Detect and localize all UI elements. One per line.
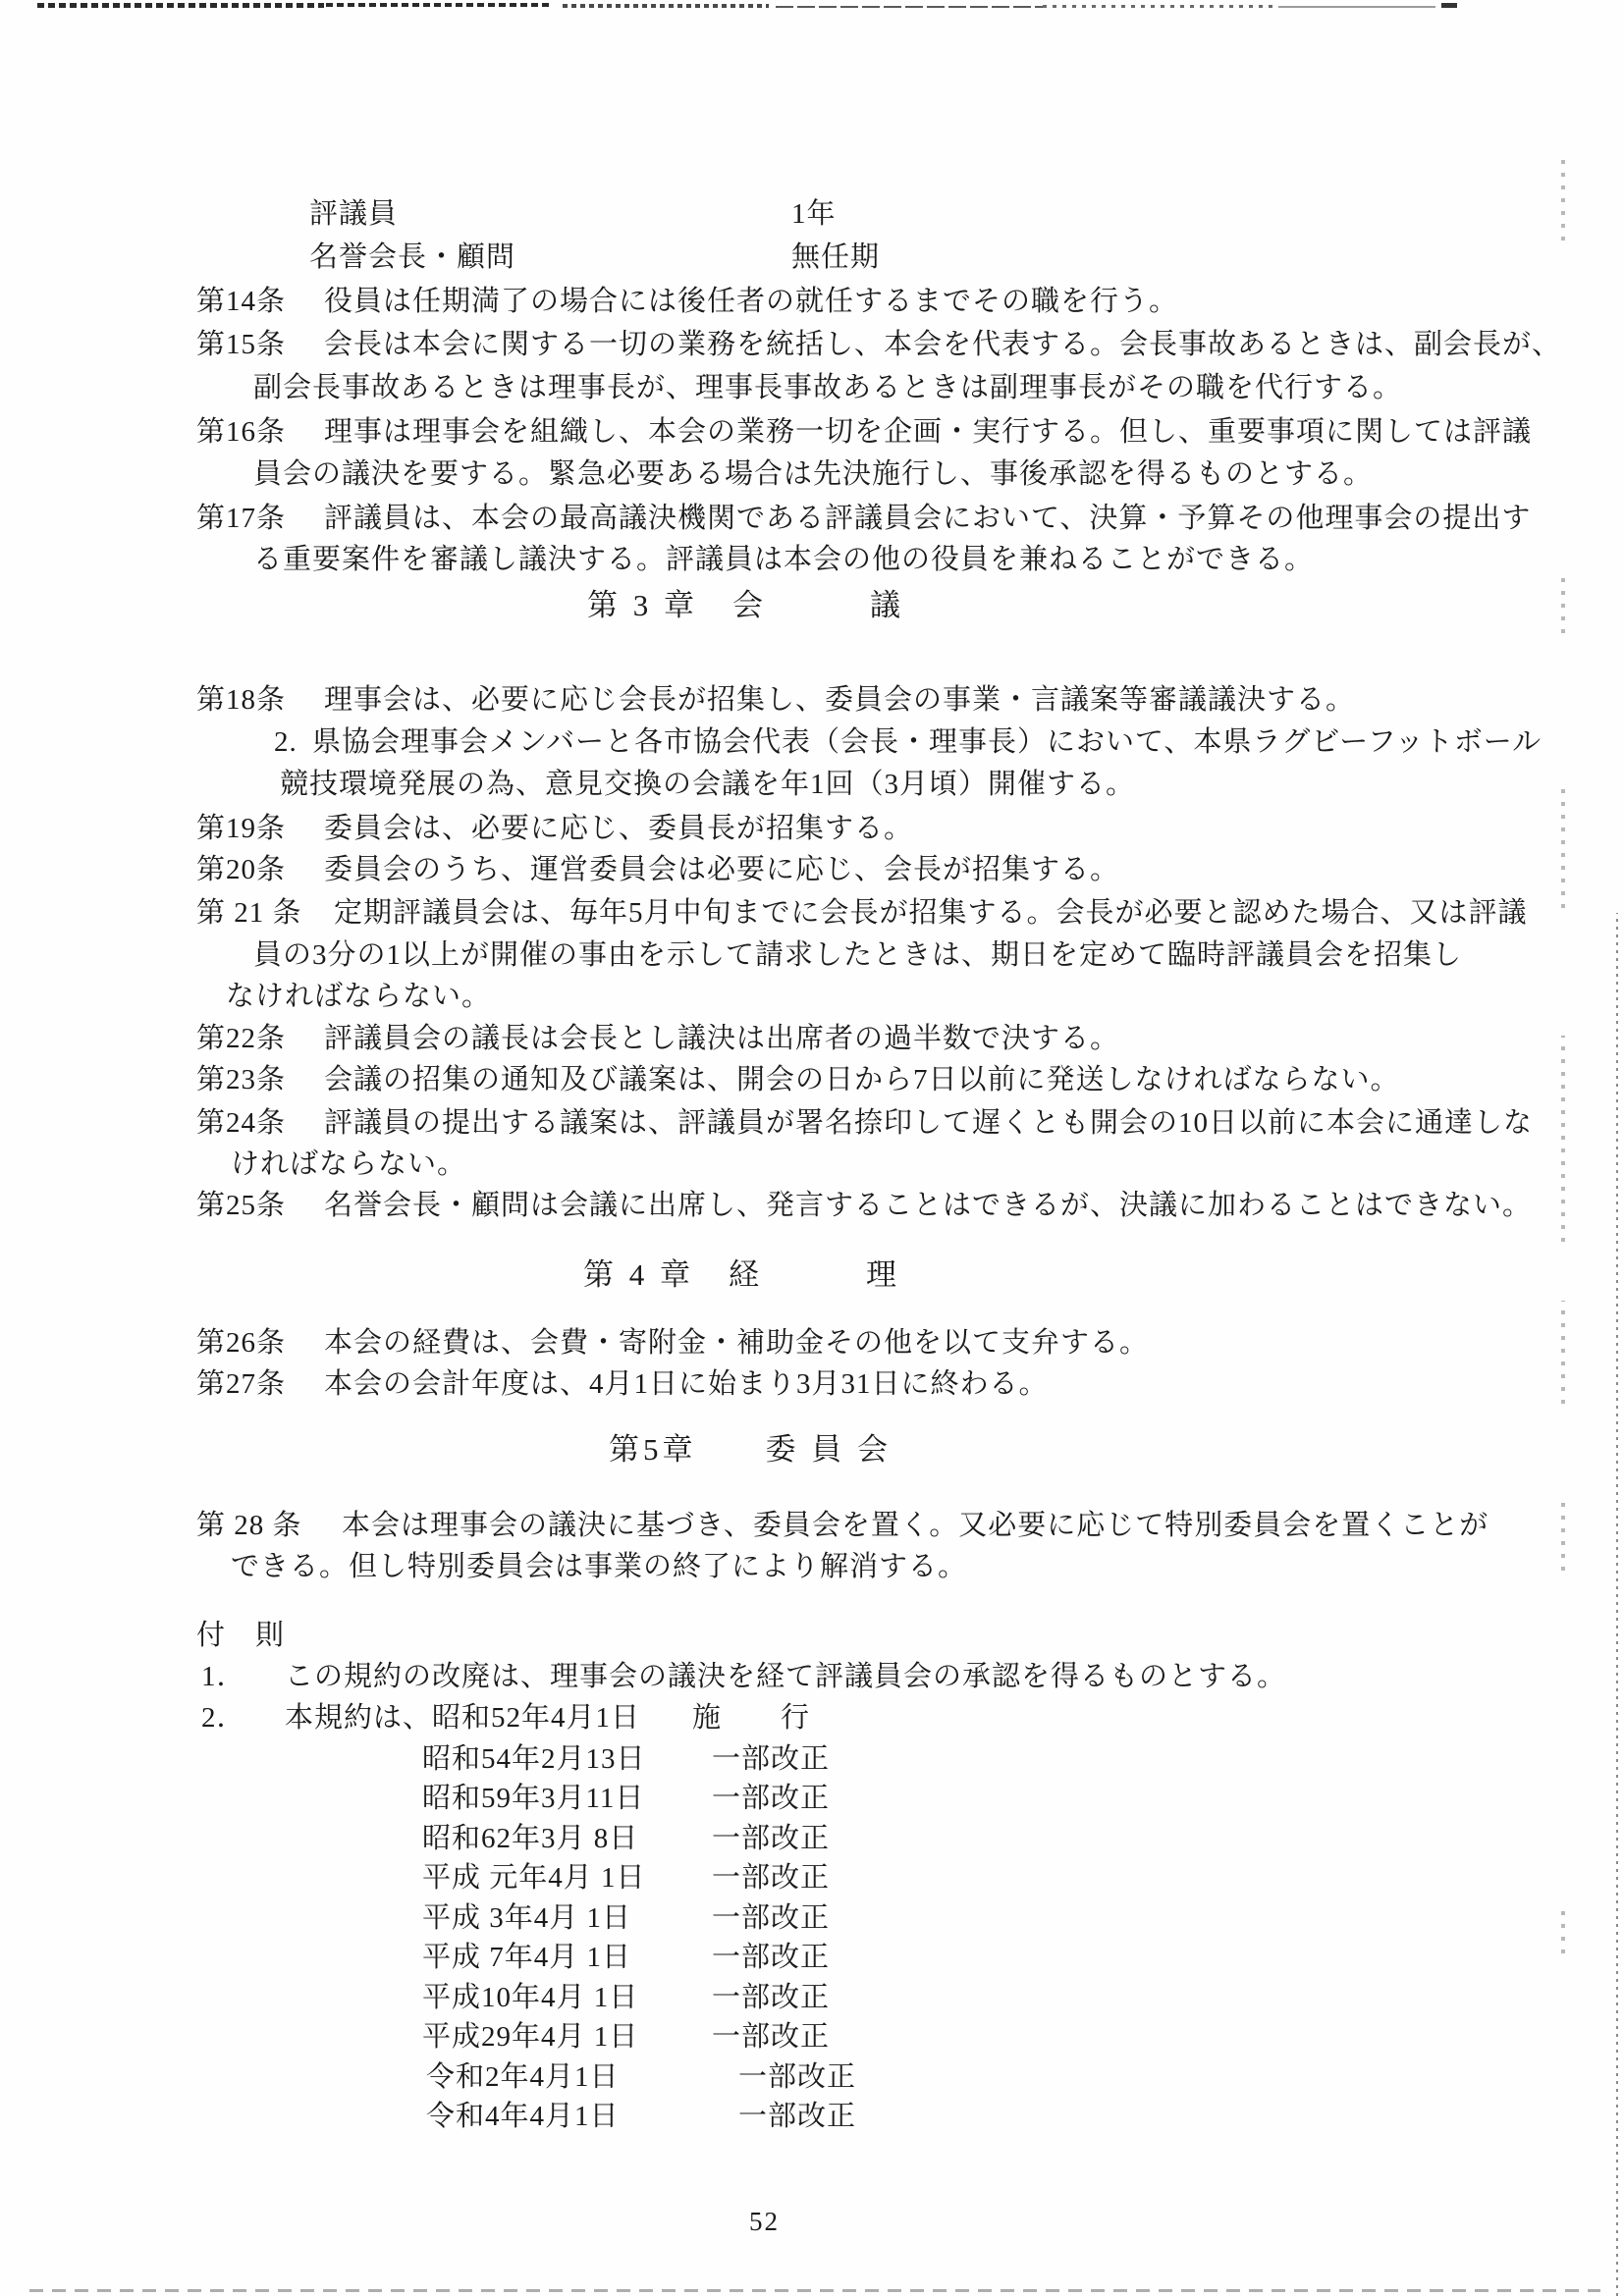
chapter-heading: 第 4 章 経 理 xyxy=(583,1256,900,1294)
scan-artifact-right xyxy=(1561,780,1565,908)
scan-artifact-top xyxy=(563,4,769,8)
revision-date: 平成10年4月 1日 xyxy=(422,1980,638,2015)
article-number: 第19条 xyxy=(196,811,286,846)
chapter-heading: 第5章 委 員 会 xyxy=(609,1431,892,1468)
article-text: 競技環境発展の為、意見交換の会議を年1回（3月頃）開催する。 xyxy=(280,767,1135,802)
revision-action: 一部改正 xyxy=(738,2099,856,2134)
scan-artifact-right xyxy=(1616,913,1618,2296)
scan-artifact-top xyxy=(1278,6,1435,8)
scan-artifact-right xyxy=(1561,1301,1565,1404)
chapter-heading: 第 3 章 会 議 xyxy=(587,587,904,624)
scan-artifact-top xyxy=(1441,3,1457,8)
term-label: 評議員 xyxy=(309,196,398,232)
document-page: 評議員 1年 名誉会長・顧問 無任期 第14条 役員は任期満了の場合には後任者の… xyxy=(0,0,1624,2296)
supplement-item-number: 1． xyxy=(201,1659,246,1694)
article-number: 第27条 xyxy=(196,1366,286,1402)
article-number: 第23条 xyxy=(196,1062,286,1097)
term-label: 名誉会長・顧問 xyxy=(309,240,515,275)
article-number: 第 21 条 xyxy=(196,895,302,931)
revision-action: 一部改正 xyxy=(738,2059,856,2095)
article-text: 本会の会計年度は、4月1日に始まり3月31日に終わる。 xyxy=(324,1366,1049,1402)
article-number: 第25条 xyxy=(196,1188,286,1223)
article-number: 第16条 xyxy=(196,414,286,450)
revision-action: 一部改正 xyxy=(712,1821,830,1856)
scan-artifact-right xyxy=(1561,1497,1565,1571)
article-text: 副会長事故あるときは理事長が、理事長事故あるときは副理事長がその職を代行する。 xyxy=(253,370,1402,405)
revision-action: 一部改正 xyxy=(712,1900,830,1936)
supplement-title: 付 則 xyxy=(196,1618,285,1653)
revision-action: 一部改正 xyxy=(712,1781,830,1816)
supplement-item-number: 2． xyxy=(201,1700,246,1735)
revision-date: 昭和59年3月11日 xyxy=(422,1781,644,1816)
article-text: 委員会は、必要に応じ、委員長が招集する。 xyxy=(324,811,913,846)
scan-artifact-top xyxy=(326,3,550,7)
scan-artifact-right xyxy=(1561,574,1565,633)
article-text: 員の3分の1以上が開催の事由を示して請求したときは、期日を定めて臨時評議員会を招… xyxy=(253,937,1462,973)
article-text: 県協会理事会メンバーと各市協会代表（会長・理事長）において、本県ラグビーフットボ… xyxy=(312,724,1542,760)
supplement-item-text: この規約の改廃は、理事会の議決を経て評議員会の承認を得るものとする。 xyxy=(285,1659,1286,1694)
article-text: 理事は理事会を組織し、本会の業務一切を企画・実行する。但し、重要事項に関しては評… xyxy=(324,414,1532,450)
scan-artifact-right xyxy=(1561,1904,1565,1953)
revision-date: 昭和62年3月 8日 xyxy=(422,1821,638,1856)
article-number: 第20条 xyxy=(196,852,286,887)
revision-date: 令和4年4月1日 xyxy=(426,2099,620,2134)
article-text: 評議員は、本会の最高議決機関である評議員会において、決算・予算その他理事会の提出… xyxy=(324,501,1531,536)
article-text: なければならない。 xyxy=(226,979,491,1014)
scan-artifact-right xyxy=(1561,1036,1565,1242)
article-text: 定期評議員会は、毎年5月中旬までに会長が招集する。会長が必要と認めた場合、又は評… xyxy=(334,895,1528,931)
article-text: 本会は理事会の議決に基づき、委員会を置く。又必要に応じて特別委員会を置くことが xyxy=(342,1508,1489,1543)
revision-action: 一部改正 xyxy=(712,1860,830,1896)
revision-action: 一部改正 xyxy=(712,2019,830,2055)
revision-action: 一部改正 xyxy=(712,1741,830,1777)
revision-date: 平成 元年4月 1日 xyxy=(422,1860,646,1896)
revision-date: 平成 7年4月 1日 xyxy=(422,1940,631,1975)
revision-date: 昭和54年2月13日 xyxy=(422,1741,646,1777)
revision-date: 令和2年4月1日 xyxy=(426,2059,620,2095)
article-text: 員会の議決を要する。緊急必要ある場合は先決施行し、事後承認を得るものとする。 xyxy=(253,456,1373,492)
article-text: 評議員の提出する議案は、評議員が署名捺印して遅くとも開会の10日以前に本会に通達… xyxy=(324,1105,1533,1141)
revision-action: 一部改正 xyxy=(712,1940,830,1975)
article-text: 名誉会長・顧問は会議に出席し、発言することはできるが、決議に加わることはできない… xyxy=(324,1188,1532,1223)
article-text: 理事会は、必要に応じ会長が招集し、委員会の事業・言議案等審議議決する。 xyxy=(324,682,1355,718)
article-text: 役員は任期満了の場合には後任者の就任するまでその職を行う。 xyxy=(324,284,1178,319)
revision-date: 平成29年4月 1日 xyxy=(422,2019,638,2055)
revision-action: 一部改正 xyxy=(712,1980,830,2015)
article-number: 第14条 xyxy=(196,284,286,319)
scan-artifact-bottom xyxy=(29,2289,1600,2292)
term-value: 1年 xyxy=(791,196,837,232)
article-text: できる。但し特別委員会は事業の終了により解消する。 xyxy=(231,1549,967,1584)
article-number: 第24条 xyxy=(196,1105,286,1141)
scan-artifact-top xyxy=(1043,5,1278,8)
article-text: 会長は本会に関する一切の業務を統括し、本会を代表する。会長事故あるときは、副会長… xyxy=(324,327,1561,362)
article-number: 第 28 条 xyxy=(196,1508,302,1543)
scan-artifact-top xyxy=(37,3,324,8)
supplement-item-text: 本規約は、昭和52年4月1日 xyxy=(285,1700,640,1735)
article-text: 評議員会の議長は会長とし議決は出席者の過半数で決する。 xyxy=(324,1021,1119,1056)
article-text: ければならない。 xyxy=(231,1147,466,1182)
scan-artifact-right xyxy=(1561,152,1565,240)
article-number: 第17条 xyxy=(196,501,286,536)
page-number: 52 xyxy=(749,2207,780,2237)
article-number: 第18条 xyxy=(196,682,286,718)
supplement-item-action: 施 行 xyxy=(692,1700,810,1735)
scan-artifact-top xyxy=(776,6,1043,8)
article-text: 本会の経費は、会費・寄附金・補助金その他を以て支弁する。 xyxy=(324,1325,1149,1361)
article-text: 委員会のうち、運営委員会は必要に応じ、会長が招集する。 xyxy=(324,852,1119,887)
paragraph-number: 2. xyxy=(274,724,298,760)
term-value: 無任期 xyxy=(791,240,880,275)
article-number: 第22条 xyxy=(196,1021,286,1056)
article-text: 会議の招集の通知及び議案は、開会の日から7日以前に発送しなければならない。 xyxy=(324,1062,1400,1097)
article-text: る重要案件を審議し議決する。評議員は本会の他の役員を兼ねることができる。 xyxy=(253,542,1314,577)
article-number: 第15条 xyxy=(196,327,286,362)
article-number: 第26条 xyxy=(196,1325,286,1361)
revision-date: 平成 3年4月 1日 xyxy=(422,1900,631,1936)
